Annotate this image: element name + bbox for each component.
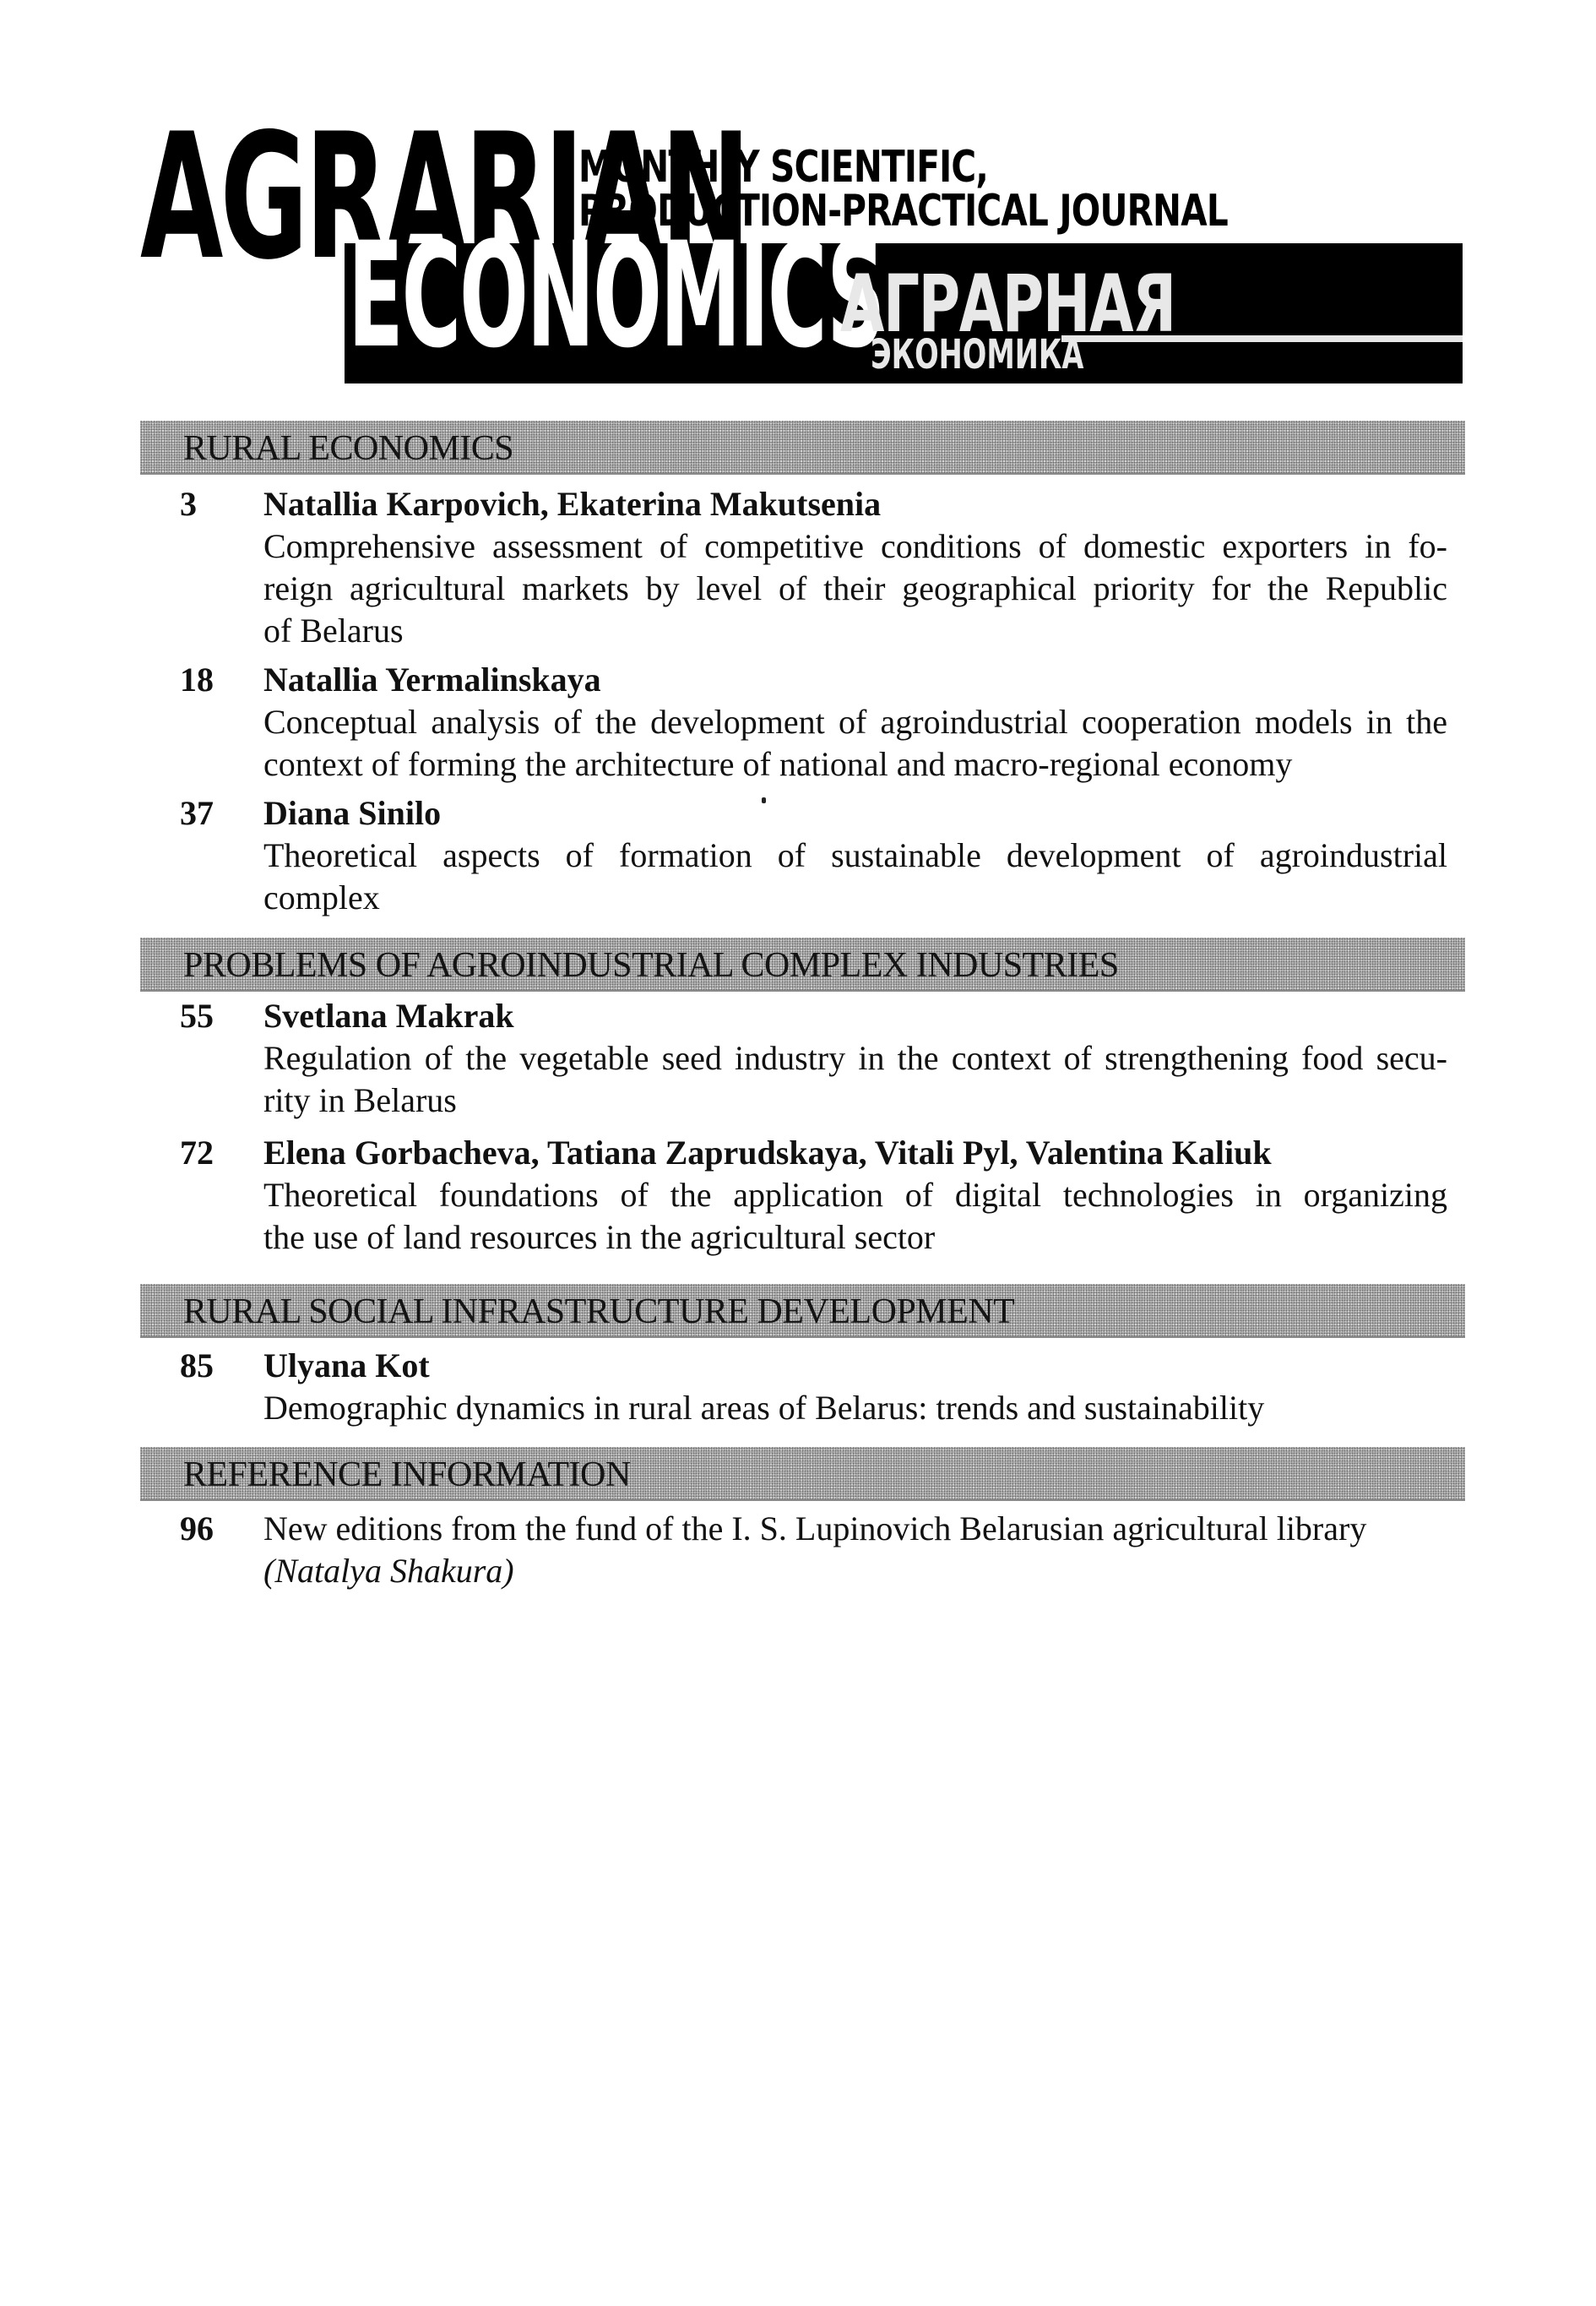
entry-title-line: Theoretical aspects of formation of sust… [263,835,1447,877]
page-number: 96 [180,1508,214,1550]
entry-body: Ulyana Kot Demographic dynamics in rural… [263,1345,1447,1429]
entry-body: Natallia Karpovich, Ekaterina Makutsenia… [263,483,1447,652]
section-title: RURAL SOCIAL INFRASTRUCTURE DEVELOPMENT [183,1292,1014,1331]
page-number: 85 [180,1345,214,1387]
entry-title-line: Regulation of the vegetable seed industr… [263,1037,1447,1080]
section-header-reference-information: REFERENCE INFORMATION [140,1447,1465,1501]
section-header-apc-industries: PROBLEMS OF AGROINDUSTRIAL COMPLEX INDUS… [140,938,1465,992]
entry-authors: Elena Gorbacheva, Tatiana Zaprudskaya, V… [263,1132,1447,1174]
entry-title-line: New editions from the fund of the I. S. … [263,1508,1447,1550]
entry-title-line: context of forming the architecture of n… [263,743,1447,786]
entry-title-line: Theoretical foundations of the applicati… [263,1174,1447,1216]
journal-title-economics: ECONOMICS [348,223,883,368]
entry-title-line: rity in Belarus [263,1080,1447,1122]
entry-body: Svetlana Makrak Regulation of the vegeta… [263,995,1447,1122]
russian-title-line-2: ЭКОНОМИКА [871,334,1083,375]
entry-body: New editions from the fund of the I. S. … [263,1508,1447,1592]
section-title: PROBLEMS OF AGROINDUSTRIAL COMPLEX INDUS… [183,946,1119,985]
entry-title-line: the use of land resources in the agricul… [263,1216,1447,1259]
entry-title-line: Comprehensive assessment of competitive … [263,525,1447,568]
entry-body: Diana Sinilo Theoretical aspects of form… [263,792,1447,919]
masthead-rule [1061,335,1463,342]
entry-title-line: Conceptual analysis of the development o… [263,701,1447,743]
entry-authors: Natallia Yermalinskaya [263,659,1447,701]
page-number: 18 [180,659,214,701]
entry-authors: Ulyana Kot [263,1345,1447,1387]
page-number: 37 [180,792,214,835]
subtitle-line-1: MONTHLY SCIENTIFIC, [578,145,1228,189]
page-number: 55 [180,995,214,1037]
section-title: REFERENCE INFORMATION [183,1455,631,1494]
page-number: 72 [180,1132,214,1174]
entry-body: Elena Gorbacheva, Tatiana Zaprudskaya, V… [263,1132,1447,1259]
page-number: 3 [180,483,197,525]
entry-title-line: reign agricultural markets by level of t… [263,568,1447,610]
entry-title-line: complex [263,877,1447,919]
entry-authors: Svetlana Makrak [263,995,1447,1037]
section-header-social-infrastructure: RURAL SOCIAL INFRASTRUCTURE DEVELOPMENT [140,1284,1465,1338]
entry-title-line: Demographic dynamics in rural areas of B… [263,1387,1447,1429]
entry-authors: Natallia Karpovich, Ekaterina Makutsenia [263,483,1447,525]
entry-authors: Diana Sinilo [263,792,1447,835]
entry-body: Natallia Yermalinskaya Conceptual analys… [263,659,1447,786]
section-title: RURAL ECONOMICS [183,429,513,468]
entry-title-line: of Belarus [263,610,1447,652]
entry-compiler: (Natalya Shakura) [263,1550,1447,1592]
section-header-rural-economics: RURAL ECONOMICS [140,421,1465,475]
